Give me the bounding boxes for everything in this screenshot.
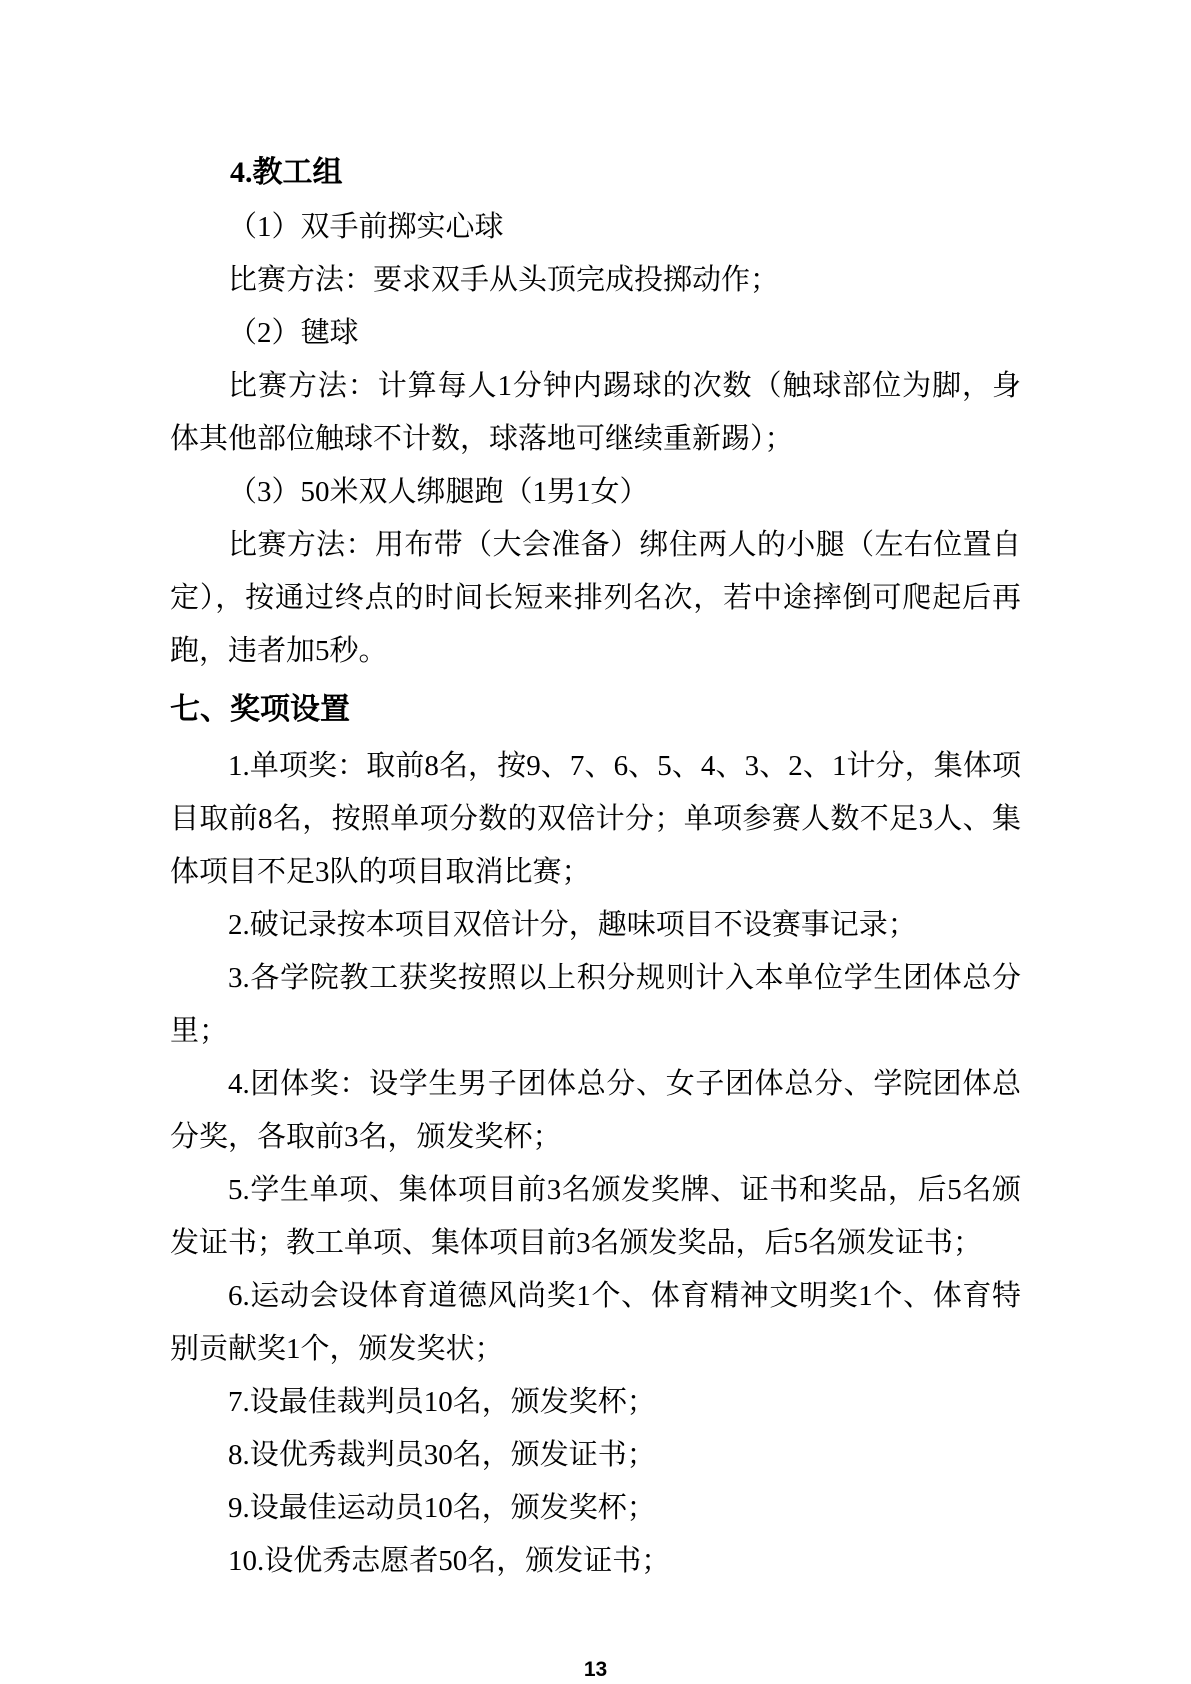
paragraph: 6.运动会设体育道德风尚奖1个、体育精神文明奖1个、体育特别贡献奖1个，颁发奖状… xyxy=(170,1270,1021,1376)
paragraph: （3）50米双人绑腿跑（1男1女） xyxy=(170,466,1021,519)
section-heading: 七、奖项设置 xyxy=(170,683,1021,736)
paragraph: 2.破记录按本项目双倍计分，趣味项目不设赛事记录； xyxy=(170,899,1021,952)
paragraph: 比赛方法：计算每人1分钟内踢球的次数（触球部位为脚，身体其他部位触球不计数，球落… xyxy=(170,360,1021,466)
paragraph: 比赛方法：用布带（大会准备）绑住两人的小腿（左右位置自定），按通过终点的时间长短… xyxy=(170,519,1021,678)
section-heading: 4.教工组 xyxy=(170,146,1021,199)
page-number: 13 xyxy=(0,1658,1191,1682)
paragraph: 9.设最佳运动员10名，颁发奖杯； xyxy=(170,1482,1021,1535)
paragraph: 3.各学院教工获奖按照以上积分规则计入本单位学生团体总分里； xyxy=(170,952,1021,1058)
paragraph: 10.设优秀志愿者50名，颁发证书； xyxy=(170,1535,1021,1588)
document-content: 4.教工组（1）双手前掷实心球比赛方法：要求双手从头顶完成投掷动作；（2）毽球比… xyxy=(170,146,1021,1588)
paragraph: 1.单项奖：取前8名，按9、7、6、5、4、3、2、1计分，集体项目取前8名，按… xyxy=(170,740,1021,899)
paragraph: 4.团体奖：设学生男子团体总分、女子团体总分、学院团体总分奖，各取前3名，颁发奖… xyxy=(170,1058,1021,1164)
paragraph: （1）双手前掷实心球 xyxy=(170,201,1021,254)
document-page: 4.教工组（1）双手前掷实心球比赛方法：要求双手从头顶完成投掷动作；（2）毽球比… xyxy=(0,0,1191,1684)
paragraph: 比赛方法：要求双手从头顶完成投掷动作； xyxy=(170,254,1021,307)
paragraph: 7.设最佳裁判员10名，颁发奖杯； xyxy=(170,1376,1021,1429)
paragraph: 8.设优秀裁判员30名，颁发证书； xyxy=(170,1429,1021,1482)
paragraph: 5.学生单项、集体项目前3名颁发奖牌、证书和奖品，后5名颁发证书；教工单项、集体… xyxy=(170,1164,1021,1270)
paragraph: （2）毽球 xyxy=(170,307,1021,360)
